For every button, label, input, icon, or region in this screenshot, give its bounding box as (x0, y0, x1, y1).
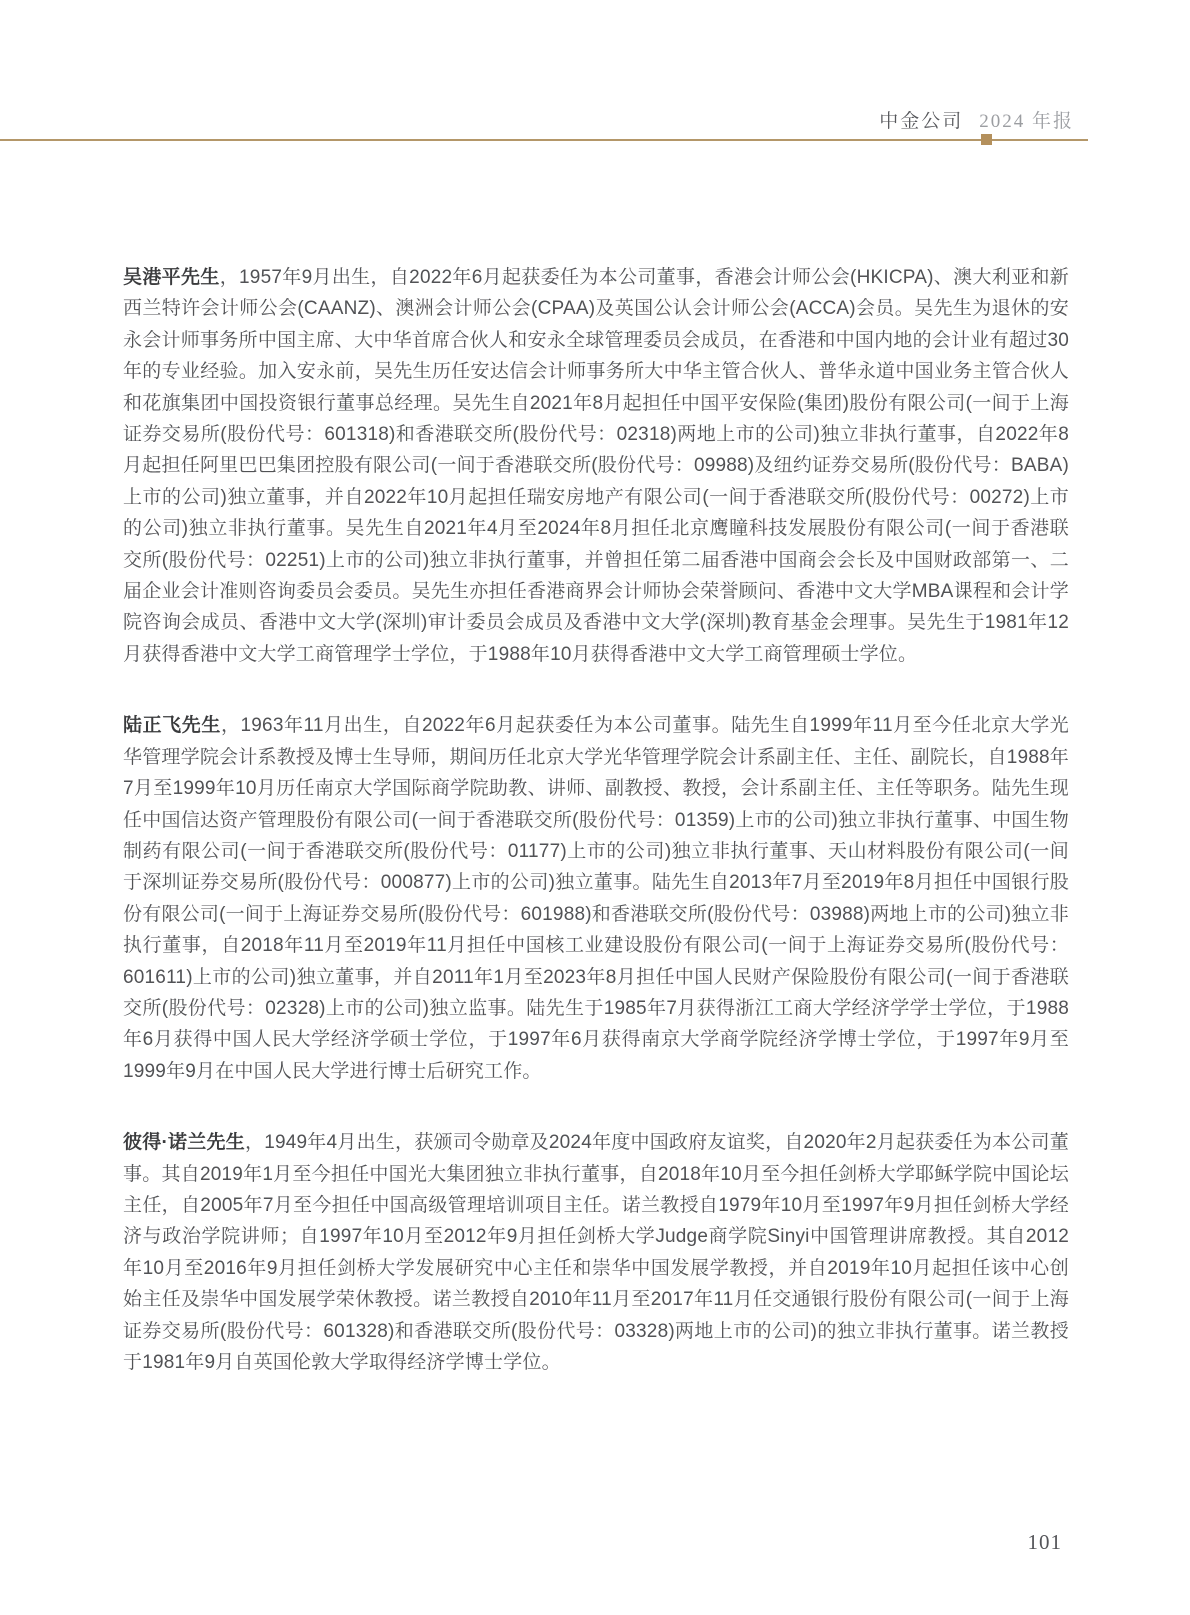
bio-paragraph-lu-zhengfei: 陆正飞先生，1963年11月出生，自2022年6月起获委任为本公司董事。陆先生自… (123, 710, 1069, 1087)
annual-report-page: 中金公司2024 年报 吴港平先生，1957年9月出生，自2022年6月起获委任… (0, 0, 1190, 1615)
company-name: 中金公司 (879, 111, 963, 132)
director-name: 彼得·诺兰先生 (123, 1132, 245, 1153)
director-bio-text: ，1957年9月出生，自2022年6月起获委任为本公司董事，香港会计师公会(HK… (123, 267, 1069, 665)
bio-paragraph-peter-nolan: 彼得·诺兰先生，1949年4月出生，获颁司令勋章及2024年度中国政府友谊奖，自… (123, 1127, 1069, 1378)
director-bio-text: ，1949年4月出生，获颁司令勋章及2024年度中国政府友谊奖，自2020年2月… (123, 1132, 1069, 1373)
page-header: 中金公司2024 年报 (879, 106, 1074, 133)
report-year-label: 2024 年报 (979, 111, 1074, 132)
page-number: 101 (1028, 1530, 1063, 1555)
director-name: 陆正飞先生 (123, 715, 221, 736)
director-bio-text: ，1963年11月出生，自2022年6月起获委任为本公司董事。陆先生自1999年… (123, 715, 1069, 1081)
divider-square-ornament (981, 134, 992, 145)
bio-paragraph-wu-gangping: 吴港平先生，1957年9月出生，自2022年6月起获委任为本公司董事，香港会计师… (123, 262, 1069, 670)
director-bios-section: 吴港平先生，1957年9月出生，自2022年6月起获委任为本公司董事，香港会计师… (123, 262, 1069, 1418)
director-name: 吴港平先生 (123, 267, 220, 288)
header-divider-rule (0, 139, 1088, 141)
